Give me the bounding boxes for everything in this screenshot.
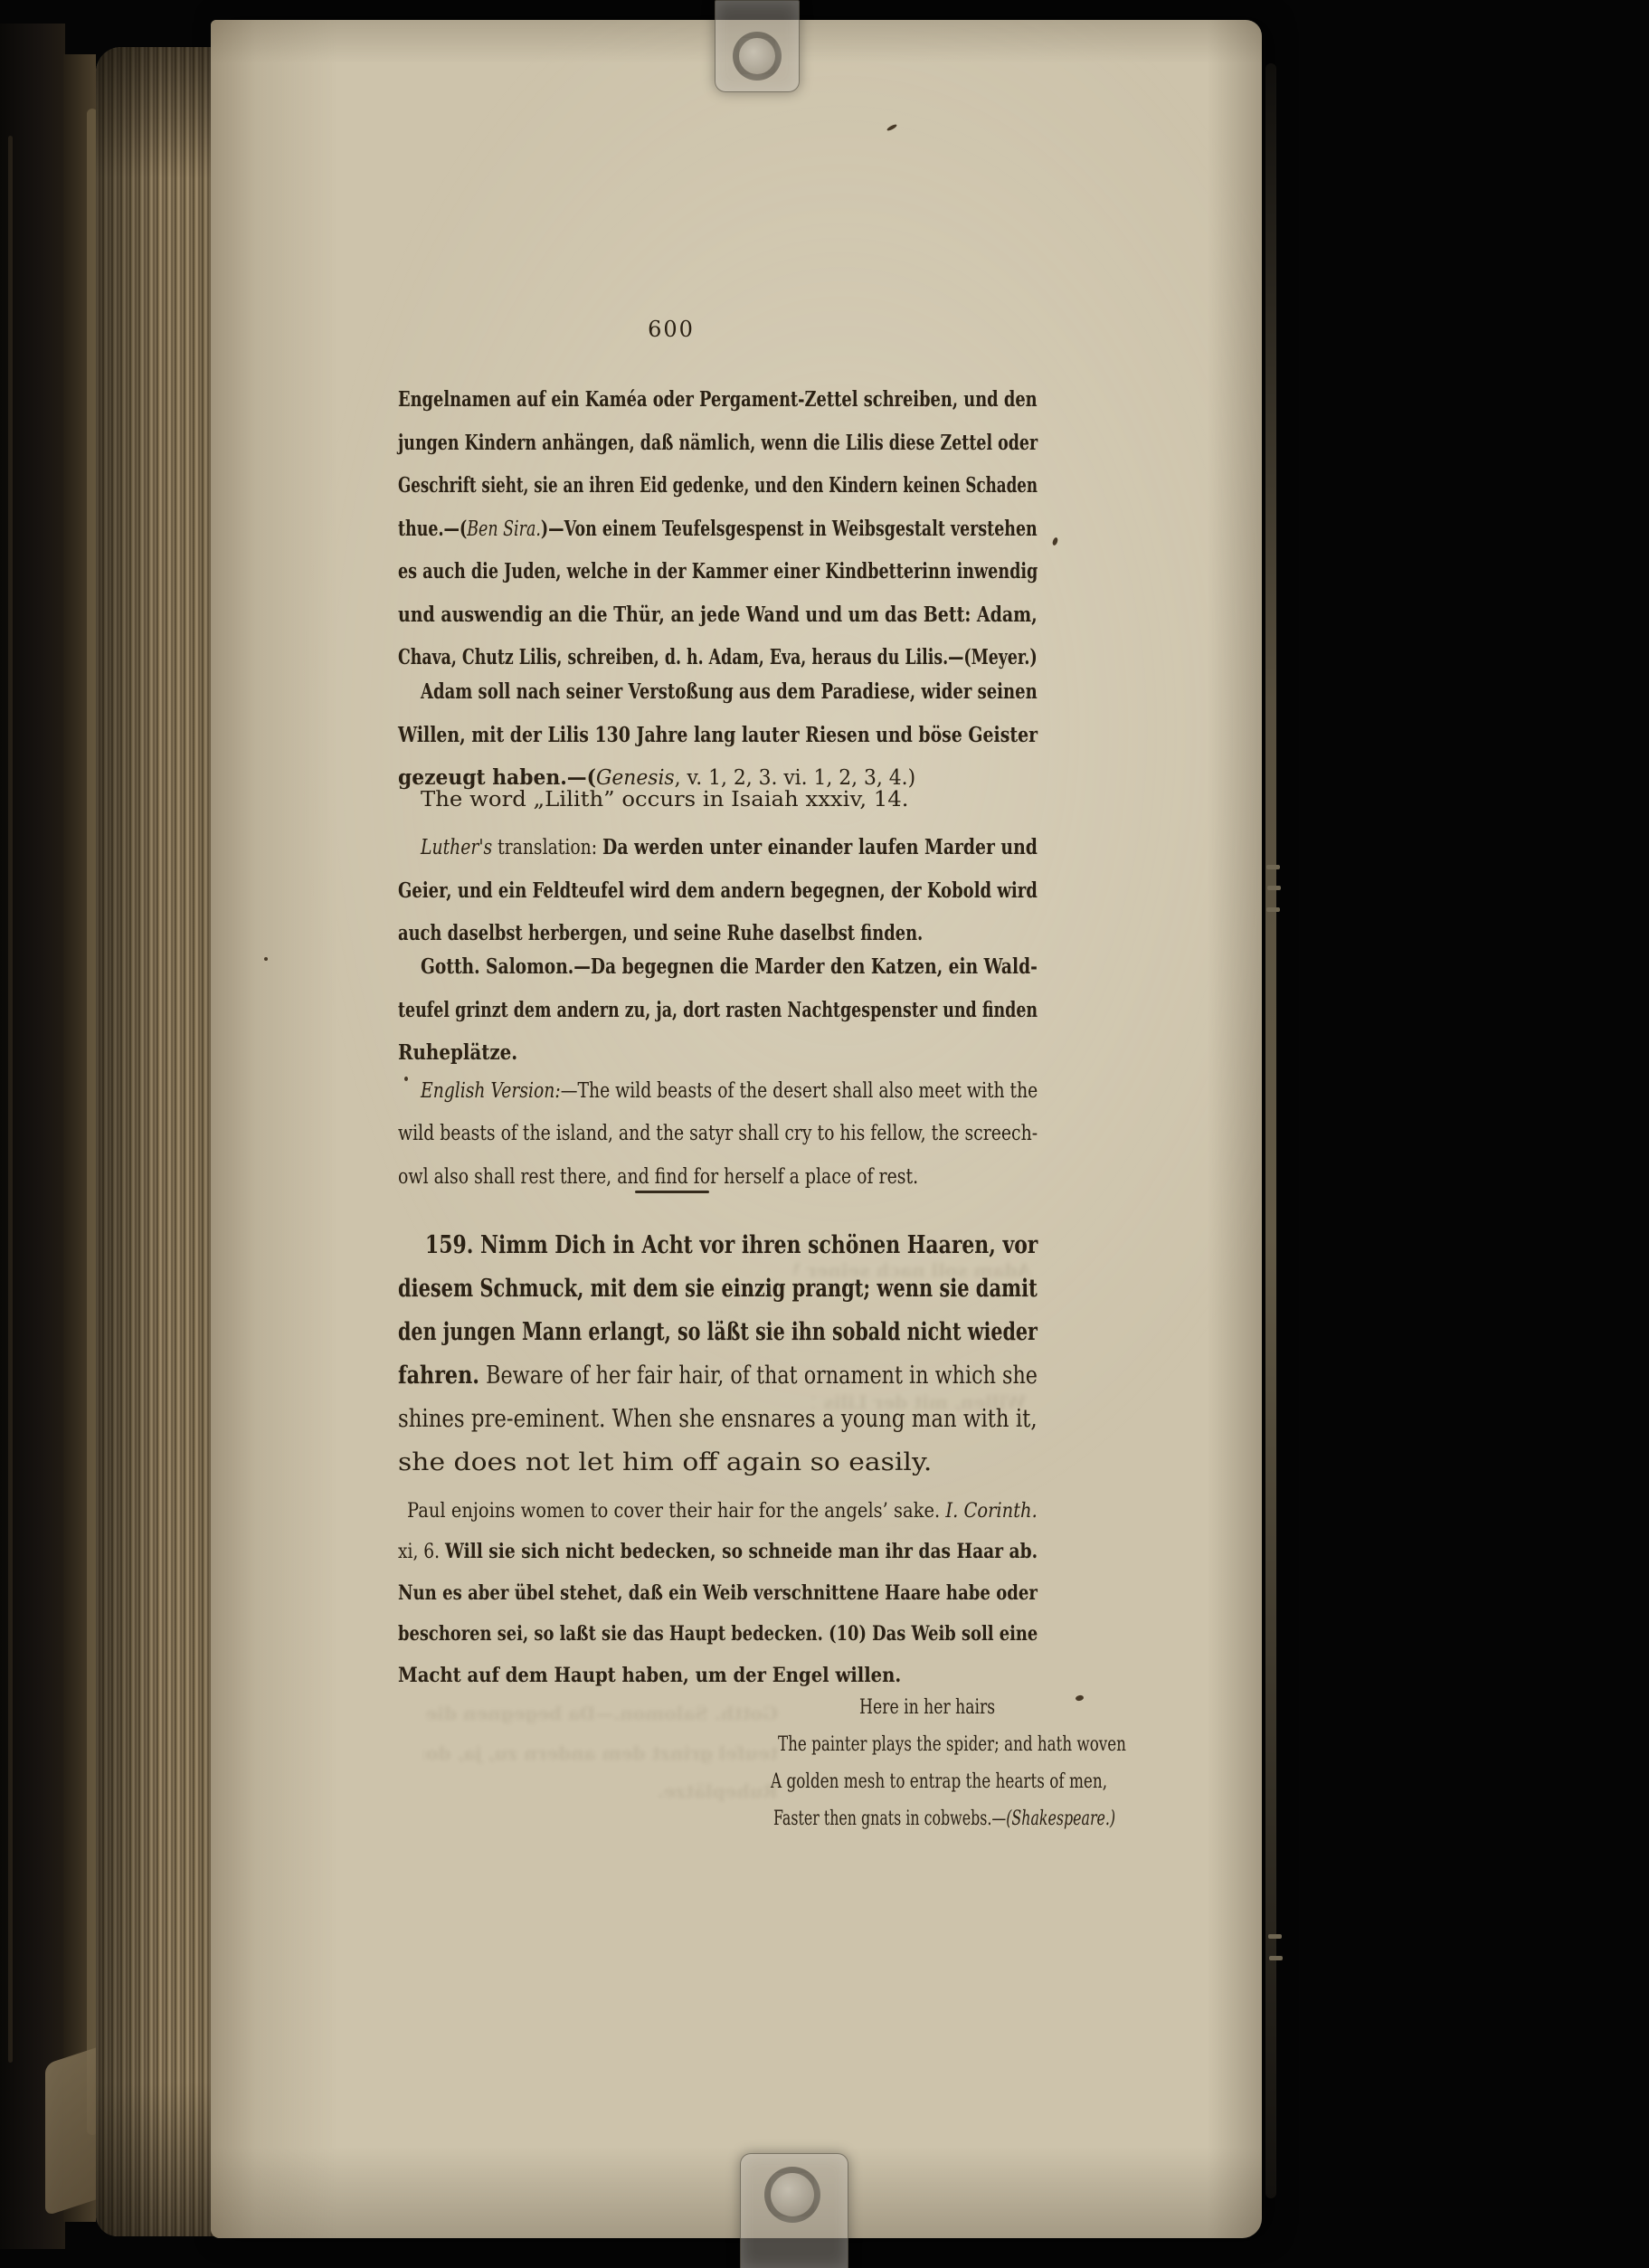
- text-line: Geier, und ein Feldteufel wird dem ander…: [398, 869, 1038, 913]
- text-line: 159. Nimm Dich in Acht vor ihren schönen…: [398, 1223, 1038, 1267]
- text-line: Nun es aber übel stehet, daß ein Weib ve…: [398, 1572, 1038, 1614]
- clamp-screw-icon: [733, 32, 782, 81]
- text-line: beschoren sei, so laßt sie das Haupt bed…: [398, 1614, 1038, 1656]
- clamp-screw-icon: [764, 2167, 820, 2223]
- paragraph-english-version: English Version:—The wild beasts of the …: [398, 1069, 1038, 1199]
- text-line: Paul enjoins women to cover their hair f…: [398, 1490, 1038, 1532]
- paragraph-luther-translation: Luther's translation: Da werden unter ei…: [398, 826, 1038, 955]
- text-line: Adam soll nach seiner Verstoßung aus dem…: [398, 670, 1038, 714]
- text-line: Geschrift sieht, sie an ihren Eid gedenk…: [398, 464, 1038, 508]
- text-line: English Version:—The wild beasts of the …: [398, 1069, 1038, 1113]
- text-line: Engelnamen auf ein Kaméa oder Pergament-…: [398, 378, 1038, 422]
- text-line: shines pre-eminent. When she ensnares a …: [398, 1397, 1038, 1440]
- paragraph-gotth-salomon: Gotth. Salomon.—Da begegnen die Marder d…: [398, 945, 1038, 1075]
- text-line: teufel grinzt dem andern zu, ja, dort ra…: [398, 989, 1038, 1032]
- text-line: Here in her hairs: [398, 1688, 1038, 1725]
- text-line: Willen, mit der Lilis 130 Jahre lang lau…: [398, 714, 1038, 757]
- text-line: The painter plays the spider; and hath w…: [398, 1725, 1038, 1762]
- ink-speck: [404, 1077, 408, 1081]
- printed-text-layer: 600 Engelnamen auf ein Kaméa oder Pergam…: [0, 0, 1649, 2268]
- text-line: den jungen Mann erlangt, so läßt sie ihn…: [398, 1310, 1038, 1353]
- text-line: owl also shall rest there, and find for …: [398, 1155, 1038, 1199]
- page-clamp-bottom: [740, 2153, 848, 2268]
- paragraph-english-lilith: The word „Lilith” occurs in Isaiah xxxiv…: [398, 778, 1038, 821]
- paragraph-shakespeare-poem: Here in her hairsThe painter plays the s…: [398, 1688, 1038, 1836]
- text-line: Faster then gnats in cobwebs.—(Shakespea…: [398, 1799, 1038, 1836]
- paragraph-german-engelnamen: Engelnamen auf ein Kaméa oder Pergament-…: [398, 378, 1038, 679]
- text-line: Ruheplätze.: [398, 1031, 1038, 1075]
- ink-speck: [264, 957, 268, 961]
- text-line: diesem Schmuck, mit dem sie einzig prang…: [398, 1267, 1038, 1310]
- page-clamp-top: [715, 0, 800, 92]
- text-line: The word „Lilith” occurs in Isaiah xxxiv…: [398, 778, 1038, 821]
- text-line: Gotth. Salomon.—Da begegnen die Marder d…: [398, 945, 1038, 989]
- text-line: Luther's translation: Da werden unter ei…: [398, 826, 1038, 869]
- text-line: she does not let him off again so easily…: [398, 1440, 1038, 1484]
- text-line: jungen Kindern anhängen, daß nämlich, we…: [398, 422, 1038, 465]
- text-line: xi, 6. Will sie sich nicht bedecken, so …: [398, 1532, 1038, 1573]
- paragraph-paul-corinthians: Paul enjoins women to cover their hair f…: [398, 1490, 1038, 1696]
- page-number: 600: [581, 317, 762, 342]
- text-line: thue.—(Ben Sira.)—Von einem Teufelsgespe…: [398, 508, 1038, 551]
- paragraph-section-159: 159. Nimm Dich in Acht vor ihren schönen…: [398, 1223, 1038, 1484]
- text-line: fahren. Beware of her fair hair, of that…: [398, 1353, 1038, 1397]
- text-line: A golden mesh to entrap the hearts of me…: [398, 1762, 1038, 1799]
- text-line: es auch die Juden, welche in der Kammer …: [398, 550, 1038, 593]
- text-line: wild beasts of the island, and the satyr…: [398, 1113, 1038, 1156]
- text-line: und auswendig an die Thür, an jede Wand …: [398, 593, 1038, 637]
- book-scan-photo: 600 Engelnamen auf ein Kaméa oder Pergam…: [0, 0, 1649, 2268]
- section-divider: [635, 1191, 709, 1193]
